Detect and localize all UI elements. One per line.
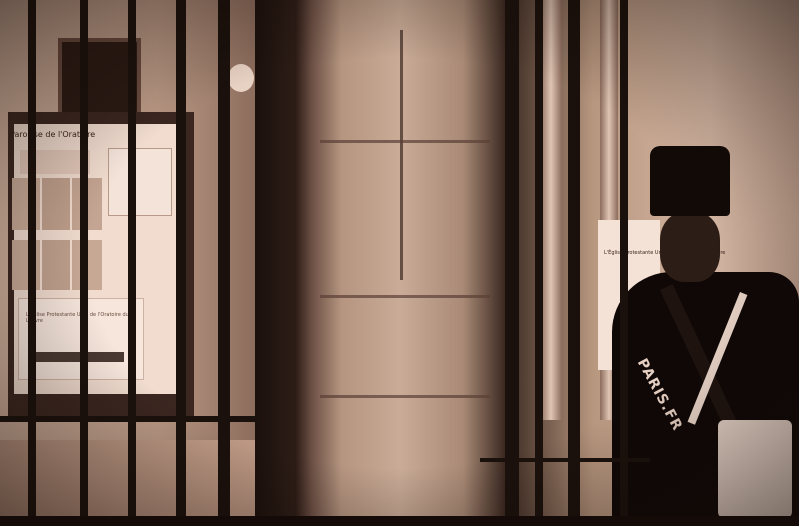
- tote-bag: [718, 420, 792, 518]
- pillar-crack: [400, 30, 403, 280]
- street-lamp: [228, 64, 254, 92]
- notice-poster: [42, 240, 70, 290]
- pillar-joint: [320, 140, 490, 143]
- guard-head: [660, 212, 720, 282]
- gate-latch: [480, 458, 650, 462]
- notice-poster: [108, 148, 172, 216]
- pillar-joint: [320, 395, 490, 398]
- photo-scene: Paroisse de l'Oratoire L'Église Protesta…: [0, 0, 799, 526]
- flyer-band: [32, 352, 124, 362]
- fence-bar: [176, 0, 186, 526]
- fence-bar: [128, 0, 136, 526]
- building-column: [540, 0, 562, 420]
- fence-rail: [0, 416, 260, 422]
- fence-bar: [568, 0, 580, 526]
- notice-poster: [42, 178, 70, 230]
- film-border: [0, 516, 799, 526]
- fence-bar: [218, 0, 230, 526]
- fence-bar: [28, 0, 36, 526]
- guard-kepi-hat: [650, 146, 730, 216]
- fence-bar: [620, 0, 628, 526]
- fence-bar: [505, 0, 519, 526]
- pillar-joint: [320, 295, 490, 298]
- gate-post: [255, 0, 295, 526]
- fence-bar: [80, 0, 88, 526]
- fence-bar: [535, 0, 543, 526]
